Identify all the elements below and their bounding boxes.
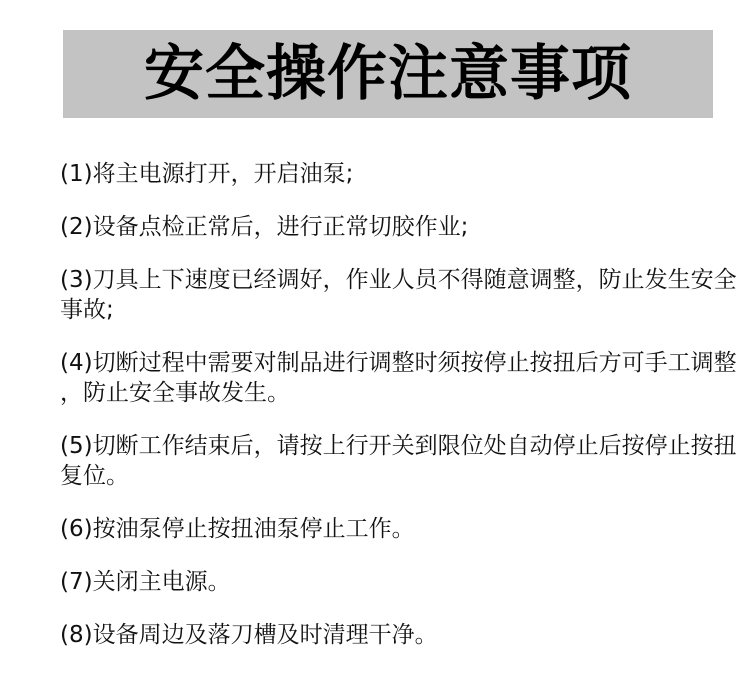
notice-item-1: (1)将主电源打开，开启油泵; <box>60 159 750 189</box>
notice-item-3: (3)刀具上下速度已经调好，作业人员不得随意调整，防止发生安全 事故; <box>60 265 750 325</box>
notice-item-8: (8)设备周边及落刀槽及时清理干净。 <box>60 620 750 650</box>
safety-notice-list: (1)将主电源打开，开启油泵; (2)设备点检正常后，进行正常切胶作业; (3)… <box>60 159 750 673</box>
notice-item-4: (4)切断过程中需要对制品进行调整时须按停止按扭后方可手工调整 ，防止安全事故发… <box>60 348 750 408</box>
notice-item-5: (5)切断工作结束后，请按上行开关到限位处自动停止后按停止按扭 复位。 <box>60 431 750 491</box>
title-banner: 安全操作注意事项 <box>63 30 713 118</box>
notice-item-7: (7)关闭主电源。 <box>60 567 750 597</box>
notice-item-2: (2)设备点检正常后，进行正常切胶作业; <box>60 212 750 242</box>
notice-item-6: (6)按油泵停止按扭油泵停止工作。 <box>60 514 750 544</box>
page-title: 安全操作注意事项 <box>144 44 632 104</box>
